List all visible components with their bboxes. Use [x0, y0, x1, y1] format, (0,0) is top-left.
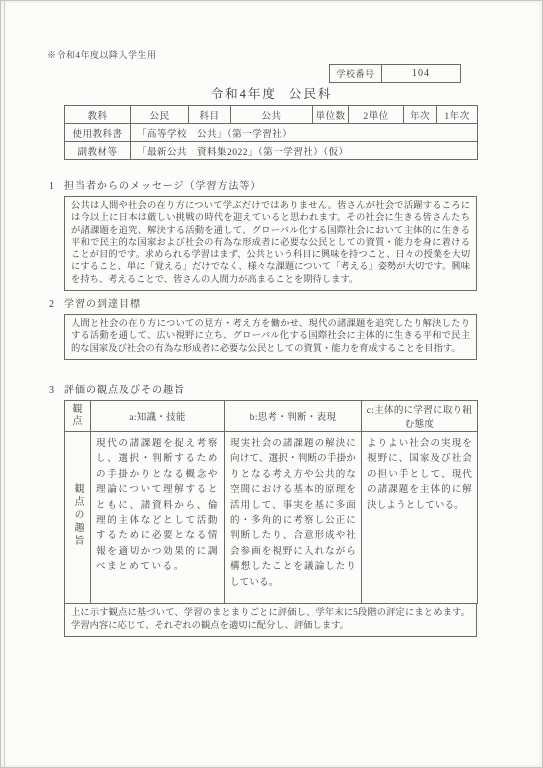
section-1-heading-text: 担当者からのメッセージ（学習方法等）	[64, 181, 261, 192]
learning-goals-box: 人間と社会の在り方についての見方・考え方を働かせ、現代の諸課題を追究したり解決し…	[64, 314, 477, 360]
eval-col-header-c: c:主体的に学習に取り組む態度	[362, 401, 478, 432]
info-value-year: 1年次	[437, 106, 478, 124]
evaluation-table: 観点 a:知識・技能 b:思考・判断・表現 c:主体的に学習に取り組む態度 観点…	[64, 400, 478, 604]
eval-cell-attitude: よりよい社会の実現を視野に、国家及び社会の担い手として、現代の諸課題を主体的に解…	[362, 432, 478, 604]
info-label-subject: 教科	[65, 106, 131, 124]
section-2-heading: 2学習の到達目標	[49, 295, 477, 310]
section-1-heading: 1担当者からのメッセージ（学習方法等）	[49, 177, 477, 192]
eval-col-header-b: b:思考・判断・表現	[225, 401, 362, 432]
corner-note: ※令和4年度以降入学生用	[47, 48, 157, 61]
info-row-main: 教科 公民 科目 公共 単位数 2単位 年次 1年次	[65, 106, 478, 124]
eval-cell-thinking: 現実社会の諸課題の解決に向けて、選択・判断の手掛かりとなる考え方や公共的な空間に…	[225, 432, 362, 604]
course-info-table: 教科 公民 科目 公共 単位数 2単位 年次 1年次 使用教科書 「高等学校 公…	[64, 105, 478, 160]
scan-edge-line	[4, 1, 5, 767]
document-page: ※令和4年度以降入学生用 学校番号 104 令和4年度公民科 教科 公民 科目 …	[0, 0, 543, 768]
info-label-textbook: 使用教科書	[65, 124, 131, 142]
evaluation-footer-note: 上に示す観点に基づいて、学習のまとまりごとに評価し、学年末に5段階の評定にまとめ…	[64, 603, 477, 637]
info-label-credits: 単位数	[313, 106, 349, 124]
info-label-course: 科目	[189, 106, 231, 124]
evaluation-body-row: 観点の趣旨 現代の諸課題を捉え考察し、選択・判断するための手掛かりとなる概念や理…	[65, 432, 478, 604]
page-title: 令和4年度公民科	[1, 84, 542, 102]
section-3-number: 3	[49, 385, 64, 396]
info-row-textbook: 使用教科書 「高等学校 公共」（第一学習社）	[65, 124, 478, 142]
info-value-credits: 2単位	[349, 106, 404, 124]
school-number-box: 学校番号 104	[329, 64, 461, 83]
eval-cell-knowledge: 現代の諸課題を捉え考察し、選択・判断するための手掛かりとなる概念や理論について理…	[91, 432, 225, 604]
teacher-message-box: 公共は人間や社会の在り方について学ぶだけではありません。皆さんが社会で活躍するこ…	[64, 196, 477, 291]
section-2-heading-text: 学習の到達目標	[64, 299, 141, 310]
eval-col-header-a: a:知識・技能	[91, 401, 225, 432]
section-learning-goals: 2学習の到達目標 人間と社会の在り方についての見方・考え方を働かせ、現代の諸課題…	[49, 295, 477, 360]
page-title-year: 令和4年度	[211, 87, 277, 101]
school-number-label: 学校番号	[330, 65, 382, 83]
eval-row-header: 観点の趣旨	[65, 432, 91, 604]
eval-row-header-text: 観点の趣旨	[70, 483, 85, 548]
info-value-subject: 公民	[131, 106, 189, 124]
section-evaluation: 3評価の観点及びその趣旨 観点 a:知識・技能 b:思考・判断・表現 c:主体的…	[49, 381, 477, 637]
section-3-heading-text: 評価の観点及びその趣旨	[64, 385, 185, 396]
section-3-heading: 3評価の観点及びその趣旨	[49, 381, 477, 396]
section-2-number: 2	[49, 299, 64, 310]
school-number-value: 104	[382, 65, 461, 83]
info-label-year: 年次	[404, 106, 437, 124]
page-title-subject: 公民科	[289, 87, 333, 101]
section-teacher-message: 1担当者からのメッセージ（学習方法等） 公共は人間や社会の在り方について学ぶだけ…	[49, 177, 477, 291]
info-value-course: 公共	[231, 106, 313, 124]
info-value-materials: 「最新公共 資料集2022」（第一学習社）（仮）	[131, 142, 478, 160]
evaluation-header-row: 観点 a:知識・技能 b:思考・判断・表現 c:主体的に学習に取り組む態度	[65, 401, 478, 432]
info-value-textbook: 「高等学校 公共」（第一学習社）	[131, 124, 478, 142]
section-1-number: 1	[49, 181, 64, 192]
info-label-materials: 副教材等	[65, 142, 131, 160]
info-row-materials: 副教材等 「最新公共 資料集2022」（第一学習社）（仮）	[65, 142, 478, 160]
eval-corner-header: 観点	[65, 401, 91, 432]
